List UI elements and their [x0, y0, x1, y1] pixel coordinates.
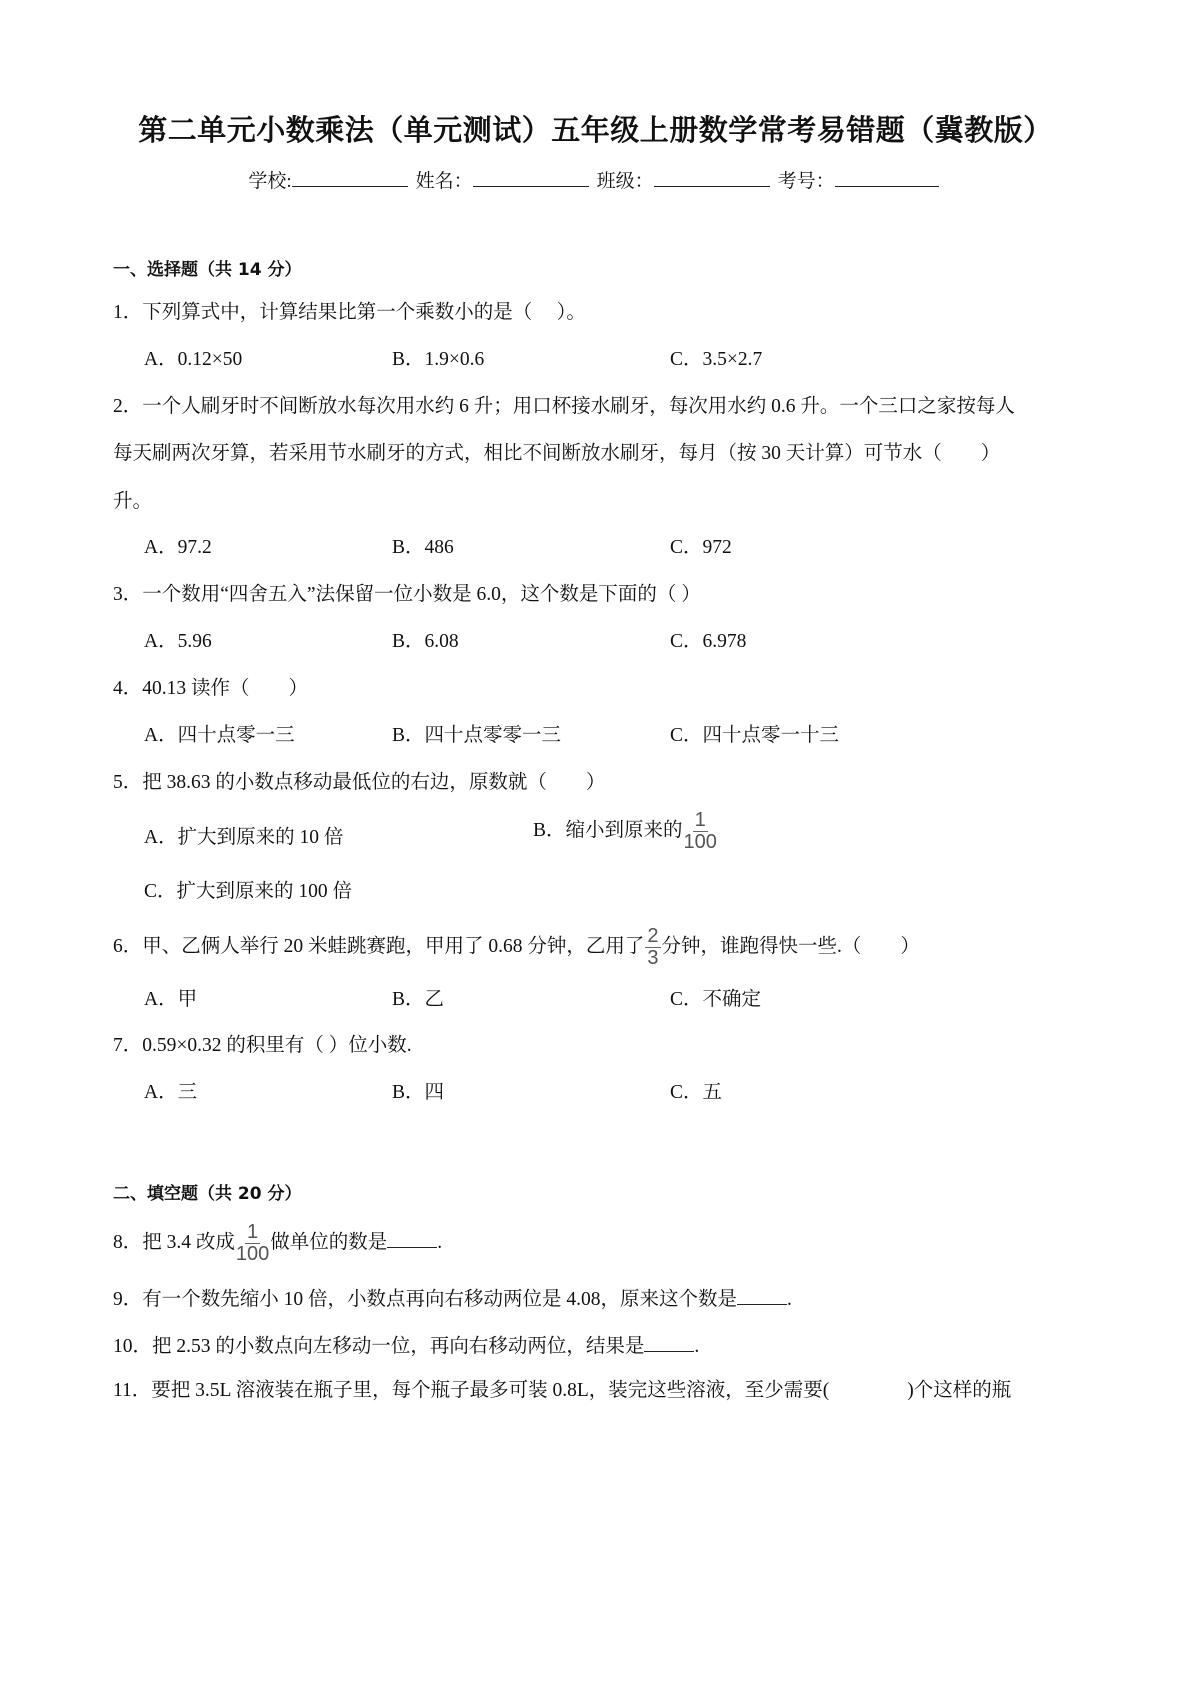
q5-option-a[interactable]: A．扩大到原来的 10 倍: [144, 828, 343, 848]
question-number: 4．: [113, 678, 142, 699]
question-text: 下列算式中，计算结果比第一个乘数小的是（ ）。: [142, 302, 586, 323]
class-field: 班级：: [597, 166, 774, 193]
question-number: 2．: [113, 396, 142, 417]
q3-option-b[interactable]: B．6.08: [392, 632, 459, 652]
question-6: 6．甲、乙俩人举行 20 米蛙跳赛跑，甲用了 0.68 分钟，乙用了23分钟，谁…: [113, 926, 920, 969]
q2-option-b[interactable]: B．486: [392, 538, 454, 558]
class-label: 班级：: [597, 171, 654, 192]
fraction-numerator: 2: [645, 926, 660, 948]
exam-number-label: 考号：: [778, 171, 835, 192]
q1-option-b[interactable]: B．1.9×0.6: [392, 350, 484, 370]
class-blank[interactable]: [654, 168, 770, 187]
q6-option-c[interactable]: C．不确定: [670, 990, 761, 1010]
q4-option-a[interactable]: A．四十点零一三: [144, 726, 295, 746]
question-number: 10．: [113, 1336, 152, 1357]
fraction-one-hundredth: 1100: [236, 1222, 269, 1265]
fraction-numerator: 1: [245, 1222, 260, 1244]
document-title: 第二单元小数乘法（单元测试）五年级上册数学常考易错题（冀教版）: [0, 108, 1191, 149]
q5-option-b[interactable]: B．缩小到原来的1100: [533, 810, 718, 853]
fraction-denominator: 100: [684, 832, 717, 853]
question-number: 3．: [113, 584, 142, 605]
question-text-after: 做单位的数是: [270, 1232, 387, 1253]
question-text: 要把 3.5L 溶液装在瓶子里，每个瓶子最多可装 0.8L，装完这些溶液，至少需…: [151, 1380, 1011, 1401]
question-number: 8．: [113, 1232, 142, 1253]
question-4: 4．40.13 读作（ ）: [113, 679, 308, 699]
q2-option-c[interactable]: C．972: [670, 538, 732, 558]
q7-option-a[interactable]: A．三: [144, 1083, 197, 1103]
section-heading-fill-blank: 二、填空题（共 20 分）: [113, 1186, 302, 1203]
question-5: 5．把 38.63 的小数点移动最低位的右边，原数就（ ）: [113, 773, 605, 793]
question-number: 7．: [113, 1035, 142, 1056]
school-field: 学校:: [248, 166, 411, 193]
question-1: 1．下列算式中，计算结果比第一个乘数小的是（ ）。: [113, 303, 586, 323]
q6-option-a[interactable]: A．甲: [144, 990, 197, 1010]
q3-option-a[interactable]: A．5.96: [144, 632, 212, 652]
fraction-numerator: 1: [693, 810, 708, 832]
fraction-one-hundredth: 1100: [684, 810, 717, 853]
school-label: 学校:: [248, 171, 291, 192]
question-text-after: 分钟，谁跑得快一些.（ ）: [662, 936, 920, 957]
question-number: 1．: [113, 302, 142, 323]
question-text: 一个人刷牙时不间断放水每次用水约 6 升；用口杯接水刷牙，每次用水约 0.6 升…: [142, 396, 1015, 417]
question-2-line-3: 升。: [113, 492, 152, 512]
answer-blank[interactable]: [737, 1288, 787, 1305]
question-9: 9．有一个数先缩小 10 倍，小数点再向右移动两位是 4.08，原来这个数是.: [113, 1288, 792, 1310]
section-heading-choice: 一、选择题（共 14 分）: [113, 262, 302, 279]
q3-option-c[interactable]: C．6.978: [670, 632, 746, 652]
question-7: 7．0.59×0.32 的积里有（ ）位小数.: [113, 1036, 412, 1056]
q5-option-c[interactable]: C．扩大到原来的 100 倍: [144, 882, 352, 902]
student-info-line: 学校:姓名：班级：考号：: [0, 166, 1191, 193]
name-blank[interactable]: [473, 168, 589, 187]
question-number: 5．: [113, 772, 142, 793]
fraction-denominator: 100: [236, 1244, 269, 1265]
question-end: .: [694, 1336, 699, 1357]
name-label: 姓名：: [416, 171, 473, 192]
question-number: 11．: [113, 1380, 151, 1401]
question-number: 9．: [113, 1289, 142, 1310]
name-field: 姓名：: [416, 166, 593, 193]
question-end: .: [437, 1232, 442, 1253]
question-text: 把 3.4 改成: [142, 1232, 235, 1253]
exam-number-blank[interactable]: [835, 168, 939, 187]
question-3: 3．一个数用“四舍五入”法保留一位小数是 6.0，这个数是下面的（ ）: [113, 585, 701, 605]
question-11: 11．要把 3.5L 溶液装在瓶子里，每个瓶子最多可装 0.8L，装完这些溶液，…: [113, 1381, 1011, 1401]
q5-option-b-label: B．缩小到原来的: [533, 820, 683, 841]
exam-number-field: 考号：: [778, 166, 943, 193]
question-text: 把 38.63 的小数点移动最低位的右边，原数就（ ）: [142, 772, 605, 793]
question-text: 有一个数先缩小 10 倍，小数点再向右移动两位是 4.08，原来这个数是: [142, 1289, 737, 1310]
question-text: 0.59×0.32 的积里有（ ）位小数.: [142, 1035, 411, 1056]
question-text: 把 2.53 的小数点向左移动一位，再向右移动两位，结果是: [152, 1336, 644, 1357]
answer-blank[interactable]: [644, 1335, 694, 1352]
q7-option-b[interactable]: B．四: [392, 1083, 444, 1103]
q1-option-a[interactable]: A．0.12×50: [144, 350, 242, 370]
q1-option-c[interactable]: C．3.5×2.7: [670, 350, 762, 370]
question-2-line-2: 每天刷两次牙算，若采用节水刷牙的方式，相比不间断放水刷牙，每月（按 30 天计算…: [113, 444, 1000, 464]
q2-option-a[interactable]: A．97.2: [144, 538, 212, 558]
q6-option-b[interactable]: B．乙: [392, 990, 444, 1010]
question-8: 8．把 3.4 改成1100做单位的数是.: [113, 1222, 442, 1265]
q4-option-b[interactable]: B．四十点零零一三: [392, 726, 561, 746]
question-10: 10．把 2.53 的小数点向左移动一位，再向右移动两位，结果是.: [113, 1335, 699, 1357]
question-text: 甲、乙俩人举行 20 米蛙跳赛跑，甲用了 0.68 分钟，乙用了: [142, 936, 644, 957]
answer-blank[interactable]: [387, 1231, 437, 1248]
school-blank[interactable]: [292, 168, 408, 187]
question-text: 一个数用“四舍五入”法保留一位小数是 6.0，这个数是下面的（ ）: [142, 584, 700, 605]
fraction-denominator: 3: [647, 948, 658, 969]
q7-option-c[interactable]: C．五: [670, 1083, 722, 1103]
question-number: 6．: [113, 936, 142, 957]
question-2: 2．一个人刷牙时不间断放水每次用水约 6 升；用口杯接水刷牙，每次用水约 0.6…: [113, 397, 1015, 417]
fraction-two-thirds: 23: [645, 926, 660, 969]
question-text: 40.13 读作（ ）: [142, 678, 308, 699]
q4-option-c[interactable]: C．四十点零一十三: [670, 726, 839, 746]
question-end: .: [787, 1289, 792, 1310]
